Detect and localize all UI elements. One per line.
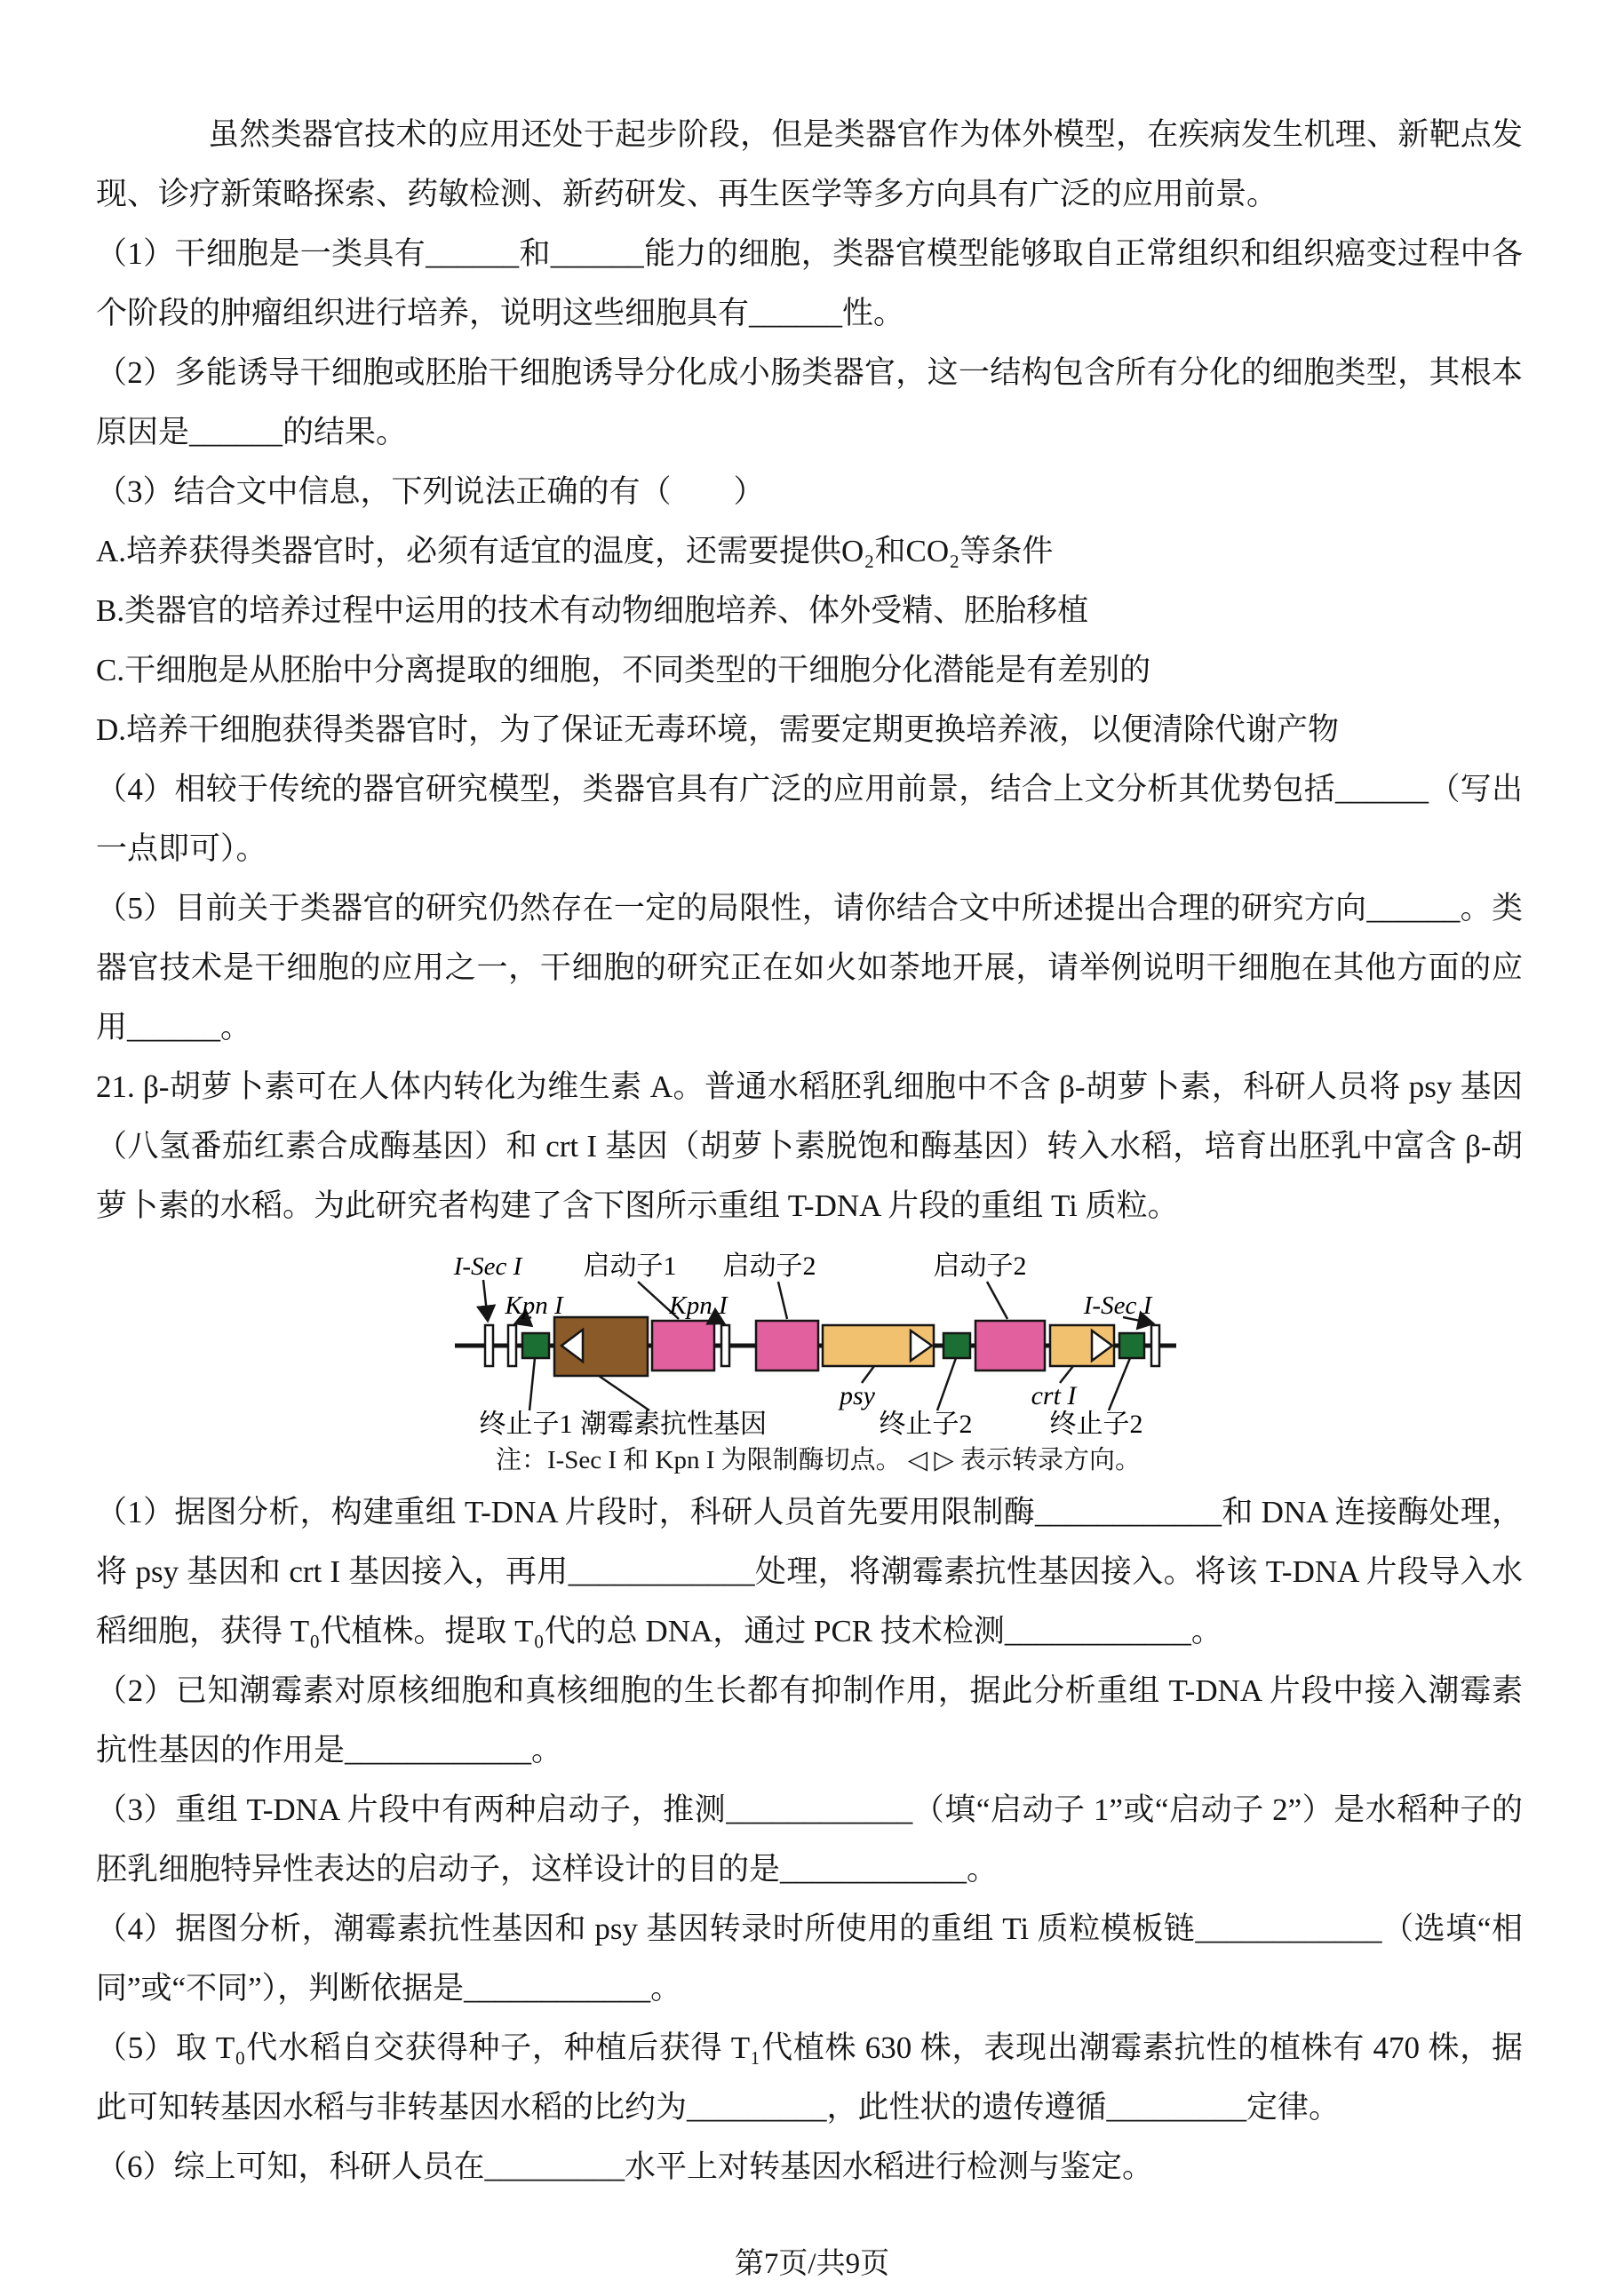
q21-item-1: （1）据图分析，构建重组 T-DNA 片段时，科研人员首先要用限制酶______… (96, 1482, 1523, 1661)
intro-paragraph: 虽然类器官技术的应用还处于起步阶段，但是类器官作为体外模型，在疾病发生机理、新靶… (96, 105, 1523, 224)
tdna-diagram: I-Sec I Kpn I 启动子1 Kpn I 启动子2 启动子2 I-Sec… (450, 1248, 1187, 1477)
diagram-note: 注：I-Sec I 和 Kpn I 为限制酶切点。 ◁ ▷ 表示转录方向。 (450, 1443, 1187, 1477)
promoter2a-label: 启动子2 (723, 1251, 816, 1281)
q20-item-3: （3）结合文中信息，下列说法正确的有（ ） (96, 462, 1523, 521)
q21-item-3: （3）重组 T-DNA 片段中有两种启动子，推测____________（填“启… (96, 1780, 1523, 1899)
q20-item-2: （2）多能诱导干细胞或胚胎干细胞诱导分化成小肠类器官，这一结构包含所有分化的细胞… (96, 343, 1523, 462)
terminator2b-box (1119, 1333, 1144, 1358)
page-content: 虽然类器官技术的应用还处于起步阶段，但是类器官作为体外模型，在疾病发生机理、新靶… (96, 0, 1523, 2197)
kpn-mid-label: Kpn I (668, 1291, 728, 1320)
promoter2a-leader (778, 1282, 787, 1319)
q20-item-4: （4）相较于传统的器官研究模型，类器官具有广泛的应用前景，结合上文分析其优势包括… (96, 759, 1523, 878)
terminator1-box (522, 1333, 549, 1358)
kpn-site-mid (721, 1325, 729, 1366)
isec-site-right (1151, 1325, 1159, 1366)
q21-item-2: （2）已知潮霉素对原核细胞和真核细胞的生长都有抑制作用，据此分析重组 T-DNA… (96, 1661, 1523, 1780)
terminator1-leader (529, 1358, 535, 1410)
q21-stem: 21. β-胡萝卜素可在人体内转化为维生素 A。普通水稻胚乳细胞中不含 β-胡萝… (96, 1057, 1523, 1235)
q20-item-1: （1）干细胞是一类具有______和______能力的细胞，类器官模型能够取自正… (96, 224, 1523, 343)
isec-left-leader (483, 1280, 488, 1321)
terminator2a-box (943, 1333, 970, 1358)
hyg-gene-label: 潮霉素抗性基因 (580, 1410, 767, 1439)
kpn-site-left (508, 1325, 516, 1366)
psy-label: psy (838, 1381, 876, 1410)
promoter1-label: 启动子1 (584, 1251, 677, 1281)
q20-item-5: （5）目前关于类器官的研究仍然存在一定的局限性，请你结合文中所述提出合理的研究方… (96, 878, 1523, 1057)
crt-label: crt I (1031, 1381, 1079, 1410)
promoter2b-label: 启动子2 (934, 1251, 1027, 1281)
q20-option-b: B.类器官的培养过程中运用的技术有动物细胞培养、体外受精、胚胎移植 (96, 581, 1523, 640)
isec-left-label: I-Sec I (453, 1252, 523, 1281)
terminator2a-label: 终止子2 (880, 1410, 973, 1439)
q21-item-6: （6）综上可知，科研人员在_________水平上对转基因水稻进行检测与鉴定。 (96, 2137, 1523, 2197)
q20-option-c: C.干细胞是从胚胎中分离提取的细胞，不同类型的干细胞分化潜能是有差别的 (96, 640, 1523, 700)
terminator2a-leader (937, 1358, 956, 1410)
q21-item-5: （5）取 T₀代水稻自交获得种子，种植后获得 T₁代植株 630 株，表现出潮霉… (96, 2018, 1523, 2137)
promoter2a-box (756, 1321, 818, 1370)
q20-option-d: D.培养干细胞获得类器官时，为了保证无毒环境，需要定期更换培养液，以便清除代谢产… (96, 700, 1523, 759)
page-number: 第7页/共9页 (0, 2240, 1624, 2282)
isec-site-left (485, 1325, 493, 1366)
kpn-left-label: Kpn I (504, 1291, 564, 1320)
promoter2b-box (975, 1321, 1045, 1370)
terminator1-label: 终止子1 (480, 1410, 573, 1439)
terminator2b-label: 终止子2 (1050, 1410, 1143, 1439)
tdna-diagram-svg: I-Sec I Kpn I 启动子1 Kpn I 启动子2 启动子2 I-Sec… (450, 1248, 1187, 1439)
promoter2b-leader (987, 1282, 1007, 1319)
isec-right-label: I-Sec I (1083, 1291, 1153, 1320)
q20-option-a: A.培养获得类器官时，必须有适宜的温度，还需要提供O₂和CO₂等条件 (96, 521, 1523, 581)
promoter1-box (652, 1321, 714, 1370)
q21-item-4: （4）据图分析，潮霉素抗性基因和 psy 基因转录时所使用的重组 Ti 质粒模板… (96, 1899, 1523, 2018)
hyg-gene-leader (599, 1376, 649, 1410)
